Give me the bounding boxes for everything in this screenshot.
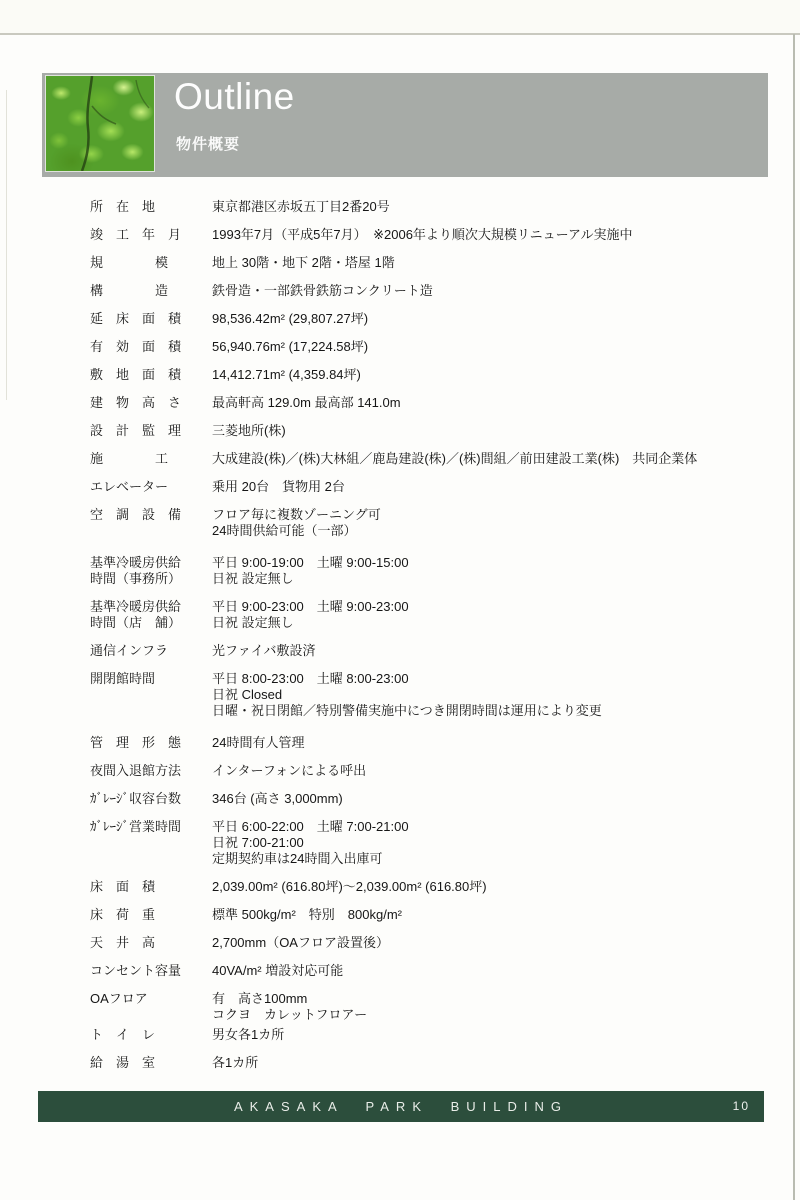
scan-top-edge-line [0, 33, 800, 35]
footer-building-name: AKASAKA PARK BUILDING [234, 1099, 568, 1114]
spec-value-line: フロア毎に複数ゾーニング可 [212, 507, 730, 523]
spec-row: コンセント容量40VA/m² 増設対応可能 [90, 963, 730, 979]
spec-rows: 所 在 地東京都港区赤坂五丁目2番20号竣 工 年 月1993年7月（平成5年7… [90, 199, 730, 1083]
spec-value: 98,536.42m² (29,807.27坪) [212, 311, 730, 327]
spec-value-line: 24時間有人管理 [212, 735, 730, 751]
spec-value-line: 男女各1カ所 [212, 1027, 730, 1043]
foliage-photo [45, 75, 155, 172]
spec-value-line: 平日 9:00-19:00 土曜 9:00-15:00 [212, 555, 730, 571]
spec-label: 通信インフラ [90, 643, 212, 659]
spec-row: 施 工大成建設(株)／(株)大林組／鹿島建設(株)／(株)間組／前田建設工業(株… [90, 451, 730, 467]
spec-row: 通信インフラ光ファイバ敷設済 [90, 643, 730, 659]
spec-label-line: 施 工 [90, 451, 212, 467]
spec-value-line: 平日 8:00-23:00 土曜 8:00-23:00 [212, 671, 730, 687]
spec-label-line: 設 計 監 理 [90, 423, 212, 439]
spec-value: 平日 9:00-23:00 土曜 9:00-23:00日祝 設定無し [212, 599, 730, 631]
spec-value-line: 24時間供給可能（一部） [212, 523, 730, 539]
scan-right-edge-line [793, 34, 795, 1200]
spec-value: 平日 8:00-23:00 土曜 8:00-23:00日祝 Closed日曜・祝… [212, 671, 730, 719]
spec-value-line: 346台 (高さ 3,000mm) [212, 791, 730, 807]
scan-left-edge-artifact [6, 90, 7, 400]
footer-page-number: 10 [733, 1099, 750, 1113]
spec-value: 2,039.00m² (616.80坪)～2,039.00m² (616.80坪… [212, 879, 730, 895]
spec-label-line: 時間（事務所） [90, 571, 212, 587]
spec-value: 2,700mm（OAフロア設置後） [212, 935, 730, 951]
spec-value-line: 光ファイバ敷設済 [212, 643, 730, 659]
spec-value-line: 日祝 7:00-21:00 [212, 835, 730, 851]
spec-value-line: 14,412.71m² (4,359.84坪) [212, 367, 730, 383]
spec-label: ｶﾞﾚｰｼﾞ営業時間 [90, 819, 212, 867]
header-banner: Outline 物件概要 [42, 73, 768, 177]
spec-row: 基準冷暖房供給時間（店 舗）平日 9:00-23:00 土曜 9:00-23:0… [90, 599, 730, 631]
spec-row: 所 在 地東京都港区赤坂五丁目2番20号 [90, 199, 730, 215]
spec-value-line: 1993年7月（平成5年7月） ※2006年より順次大規模リニューアル実施中 [212, 227, 730, 243]
spec-label: ｶﾞﾚｰｼﾞ収容台数 [90, 791, 212, 807]
spec-label-line: 規 模 [90, 255, 212, 271]
spec-label: 所 在 地 [90, 199, 212, 215]
spec-label: OAフロア [90, 991, 212, 1023]
spec-row: ｶﾞﾚｰｼﾞ収容台数346台 (高さ 3,000mm) [90, 791, 730, 807]
spec-value-line: 日曜・祝日閉館／特別警備実施中につき開閉時間は運用により変更 [212, 703, 730, 719]
spec-value-line: 大成建設(株)／(株)大林組／鹿島建設(株)／(株)間組／前田建設工業(株) 共… [212, 451, 730, 467]
spec-label-line: 敷 地 面 積 [90, 367, 212, 383]
spec-row: 構 造鉄骨造・一部鉄骨鉄筋コンクリート造 [90, 283, 730, 299]
spec-row: 建 物 高 さ最高軒高 129.0m 最高部 141.0m [90, 395, 730, 411]
spec-value: 地上 30階・地下 2階・塔屋 1階 [212, 255, 730, 271]
spec-label-line: 延 床 面 積 [90, 311, 212, 327]
spec-label-line: 床 面 積 [90, 879, 212, 895]
spec-label: 構 造 [90, 283, 212, 299]
spec-label: 床 面 積 [90, 879, 212, 895]
spec-label-line: 天 井 高 [90, 935, 212, 951]
spec-label: 給 湯 室 [90, 1055, 212, 1071]
spec-row: 夜間入退館方法インターフォンによる呼出 [90, 763, 730, 779]
spec-row: ト イ レ男女各1カ所 [90, 1027, 730, 1043]
spec-value: 鉄骨造・一部鉄骨鉄筋コンクリート造 [212, 283, 730, 299]
spec-label-line: 通信インフラ [90, 643, 212, 659]
spec-value: 三菱地所(株) [212, 423, 730, 439]
spec-value: 24時間有人管理 [212, 735, 730, 751]
spec-value: 光ファイバ敷設済 [212, 643, 730, 659]
spec-label: 空 調 設 備 [90, 507, 212, 539]
spec-row: 空 調 設 備フロア毎に複数ゾーニング可24時間供給可能（一部） [90, 507, 730, 539]
spec-value-line: インターフォンによる呼出 [212, 763, 730, 779]
spec-value-line: 標準 500kg/m² 特別 800kg/m² [212, 907, 730, 923]
spec-value: 14,412.71m² (4,359.84坪) [212, 367, 730, 383]
spec-label-line: 構 造 [90, 283, 212, 299]
spec-value: 標準 500kg/m² 特別 800kg/m² [212, 907, 730, 923]
spec-label: 開閉館時間 [90, 671, 212, 719]
spec-value-line: 98,536.42m² (29,807.27坪) [212, 311, 730, 327]
spec-value-line: 日祝 Closed [212, 687, 730, 703]
spec-row: 開閉館時間平日 8:00-23:00 土曜 8:00-23:00日祝 Close… [90, 671, 730, 719]
page-subtitle: 物件概要 [176, 133, 240, 154]
spec-label: 有 効 面 積 [90, 339, 212, 355]
spec-label: 基準冷暖房供給時間（事務所） [90, 555, 212, 587]
spec-value: 346台 (高さ 3,000mm) [212, 791, 730, 807]
spec-row: 有 効 面 積56,940.76m² (17,224.58坪) [90, 339, 730, 355]
spec-label: 施 工 [90, 451, 212, 467]
spec-value: 東京都港区赤坂五丁目2番20号 [212, 199, 730, 215]
spec-label: 天 井 高 [90, 935, 212, 951]
spec-label-line: ト イ レ [90, 1027, 212, 1043]
spec-label-line: ｶﾞﾚｰｼﾞ収容台数 [90, 791, 212, 807]
spec-label-line: OAフロア [90, 991, 212, 1007]
spec-value-line: コクヨ カレットフロアー [212, 1007, 730, 1023]
branch-lines [46, 76, 154, 171]
spec-value-line: 三菱地所(株) [212, 423, 730, 439]
spec-value: インターフォンによる呼出 [212, 763, 730, 779]
spec-row: 竣 工 年 月1993年7月（平成5年7月） ※2006年より順次大規模リニュー… [90, 227, 730, 243]
spec-value-line: 平日 9:00-23:00 土曜 9:00-23:00 [212, 599, 730, 615]
spec-label-line: 空 調 設 備 [90, 507, 212, 523]
spec-value-line: 有 高さ100mm [212, 991, 730, 1007]
spec-label: 設 計 監 理 [90, 423, 212, 439]
spec-label-line: 時間（店 舗） [90, 615, 212, 631]
spec-label-line: 管 理 形 態 [90, 735, 212, 751]
spec-row: 敷 地 面 積14,412.71m² (4,359.84坪) [90, 367, 730, 383]
spec-value-line: 鉄骨造・一部鉄骨鉄筋コンクリート造 [212, 283, 730, 299]
spec-value-line: 56,940.76m² (17,224.58坪) [212, 339, 730, 355]
spec-value-line: 最高軒高 129.0m 最高部 141.0m [212, 395, 730, 411]
spec-value-line: 乗用 20台 貨物用 2台 [212, 479, 730, 495]
spec-label-line: 開閉館時間 [90, 671, 212, 687]
spec-value-line: 平日 6:00-22:00 土曜 7:00-21:00 [212, 819, 730, 835]
spec-row: 規 模地上 30階・地下 2階・塔屋 1階 [90, 255, 730, 271]
spec-label: 床 荷 重 [90, 907, 212, 923]
spec-value-line: 日祝 設定無し [212, 571, 730, 587]
footer-bar: AKASAKA PARK BUILDING 10 [38, 1091, 764, 1122]
spec-label-line: 基準冷暖房供給 [90, 555, 212, 571]
spec-label-line: 所 在 地 [90, 199, 212, 215]
spec-value: 平日 9:00-19:00 土曜 9:00-15:00日祝 設定無し [212, 555, 730, 587]
spec-value: 40VA/m² 増設対応可能 [212, 963, 730, 979]
scan-top-margin [0, 0, 800, 33]
spec-label-line: エレベーター [90, 479, 212, 495]
spec-row: エレベーター乗用 20台 貨物用 2台 [90, 479, 730, 495]
spec-label-line: ｶﾞﾚｰｼﾞ営業時間 [90, 819, 212, 835]
spec-label-line: 夜間入退館方法 [90, 763, 212, 779]
spec-label-line: コンセント容量 [90, 963, 212, 979]
spec-row: 管 理 形 態24時間有人管理 [90, 735, 730, 751]
spec-value: 1993年7月（平成5年7月） ※2006年より順次大規模リニューアル実施中 [212, 227, 730, 243]
spec-value: 各1カ所 [212, 1055, 730, 1071]
spec-value: 乗用 20台 貨物用 2台 [212, 479, 730, 495]
spec-label-line: 建 物 高 さ [90, 395, 212, 411]
spec-value-line: 東京都港区赤坂五丁目2番20号 [212, 199, 730, 215]
spec-label-line: 有 効 面 積 [90, 339, 212, 355]
spec-value: 大成建設(株)／(株)大林組／鹿島建設(株)／(株)間組／前田建設工業(株) 共… [212, 451, 730, 467]
spec-row: 設 計 監 理三菱地所(株) [90, 423, 730, 439]
spec-label: 建 物 高 さ [90, 395, 212, 411]
spec-value-line: 2,039.00m² (616.80坪)～2,039.00m² (616.80坪… [212, 879, 730, 895]
spec-label: 竣 工 年 月 [90, 227, 212, 243]
spec-label-line: 床 荷 重 [90, 907, 212, 923]
spec-label: ト イ レ [90, 1027, 212, 1043]
spec-row: 床 荷 重標準 500kg/m² 特別 800kg/m² [90, 907, 730, 923]
spec-label: 基準冷暖房供給時間（店 舗） [90, 599, 212, 631]
spec-value: 平日 6:00-22:00 土曜 7:00-21:00日祝 7:00-21:00… [212, 819, 730, 867]
spec-row: 延 床 面 積98,536.42m² (29,807.27坪) [90, 311, 730, 327]
spec-value-line: 各1カ所 [212, 1055, 730, 1071]
spec-label: 延 床 面 積 [90, 311, 212, 327]
spec-label: 管 理 形 態 [90, 735, 212, 751]
spec-label: コンセント容量 [90, 963, 212, 979]
spec-label-line: 給 湯 室 [90, 1055, 212, 1071]
spec-label: エレベーター [90, 479, 212, 495]
spec-value-line: 40VA/m² 増設対応可能 [212, 963, 730, 979]
page-title: Outline [174, 75, 295, 119]
spec-value: 最高軒高 129.0m 最高部 141.0m [212, 395, 730, 411]
spec-row: ｶﾞﾚｰｼﾞ営業時間平日 6:00-22:00 土曜 7:00-21:00日祝 … [90, 819, 730, 867]
spec-value-line: 定期契約車は24時間入出庫可 [212, 851, 730, 867]
spec-row: 床 面 積2,039.00m² (616.80坪)～2,039.00m² (61… [90, 879, 730, 895]
spec-row: 天 井 高2,700mm（OAフロア設置後） [90, 935, 730, 951]
spec-label: 敷 地 面 積 [90, 367, 212, 383]
spec-label: 規 模 [90, 255, 212, 271]
spec-value: 56,940.76m² (17,224.58坪) [212, 339, 730, 355]
spec-value-line: 日祝 設定無し [212, 615, 730, 631]
spec-value: 有 高さ100mmコクヨ カレットフロアー [212, 991, 730, 1023]
spec-value-line: 2,700mm（OAフロア設置後） [212, 935, 730, 951]
spec-label-line: 基準冷暖房供給 [90, 599, 212, 615]
spec-row: 給 湯 室各1カ所 [90, 1055, 730, 1071]
spec-value: フロア毎に複数ゾーニング可24時間供給可能（一部） [212, 507, 730, 539]
spec-row: 基準冷暖房供給時間（事務所）平日 9:00-19:00 土曜 9:00-15:0… [90, 555, 730, 587]
spec-value: 男女各1カ所 [212, 1027, 730, 1043]
spec-row: OAフロア有 高さ100mmコクヨ カレットフロアー [90, 991, 730, 1023]
spec-label: 夜間入退館方法 [90, 763, 212, 779]
spec-label-line: 竣 工 年 月 [90, 227, 212, 243]
spec-value-line: 地上 30階・地下 2階・塔屋 1階 [212, 255, 730, 271]
